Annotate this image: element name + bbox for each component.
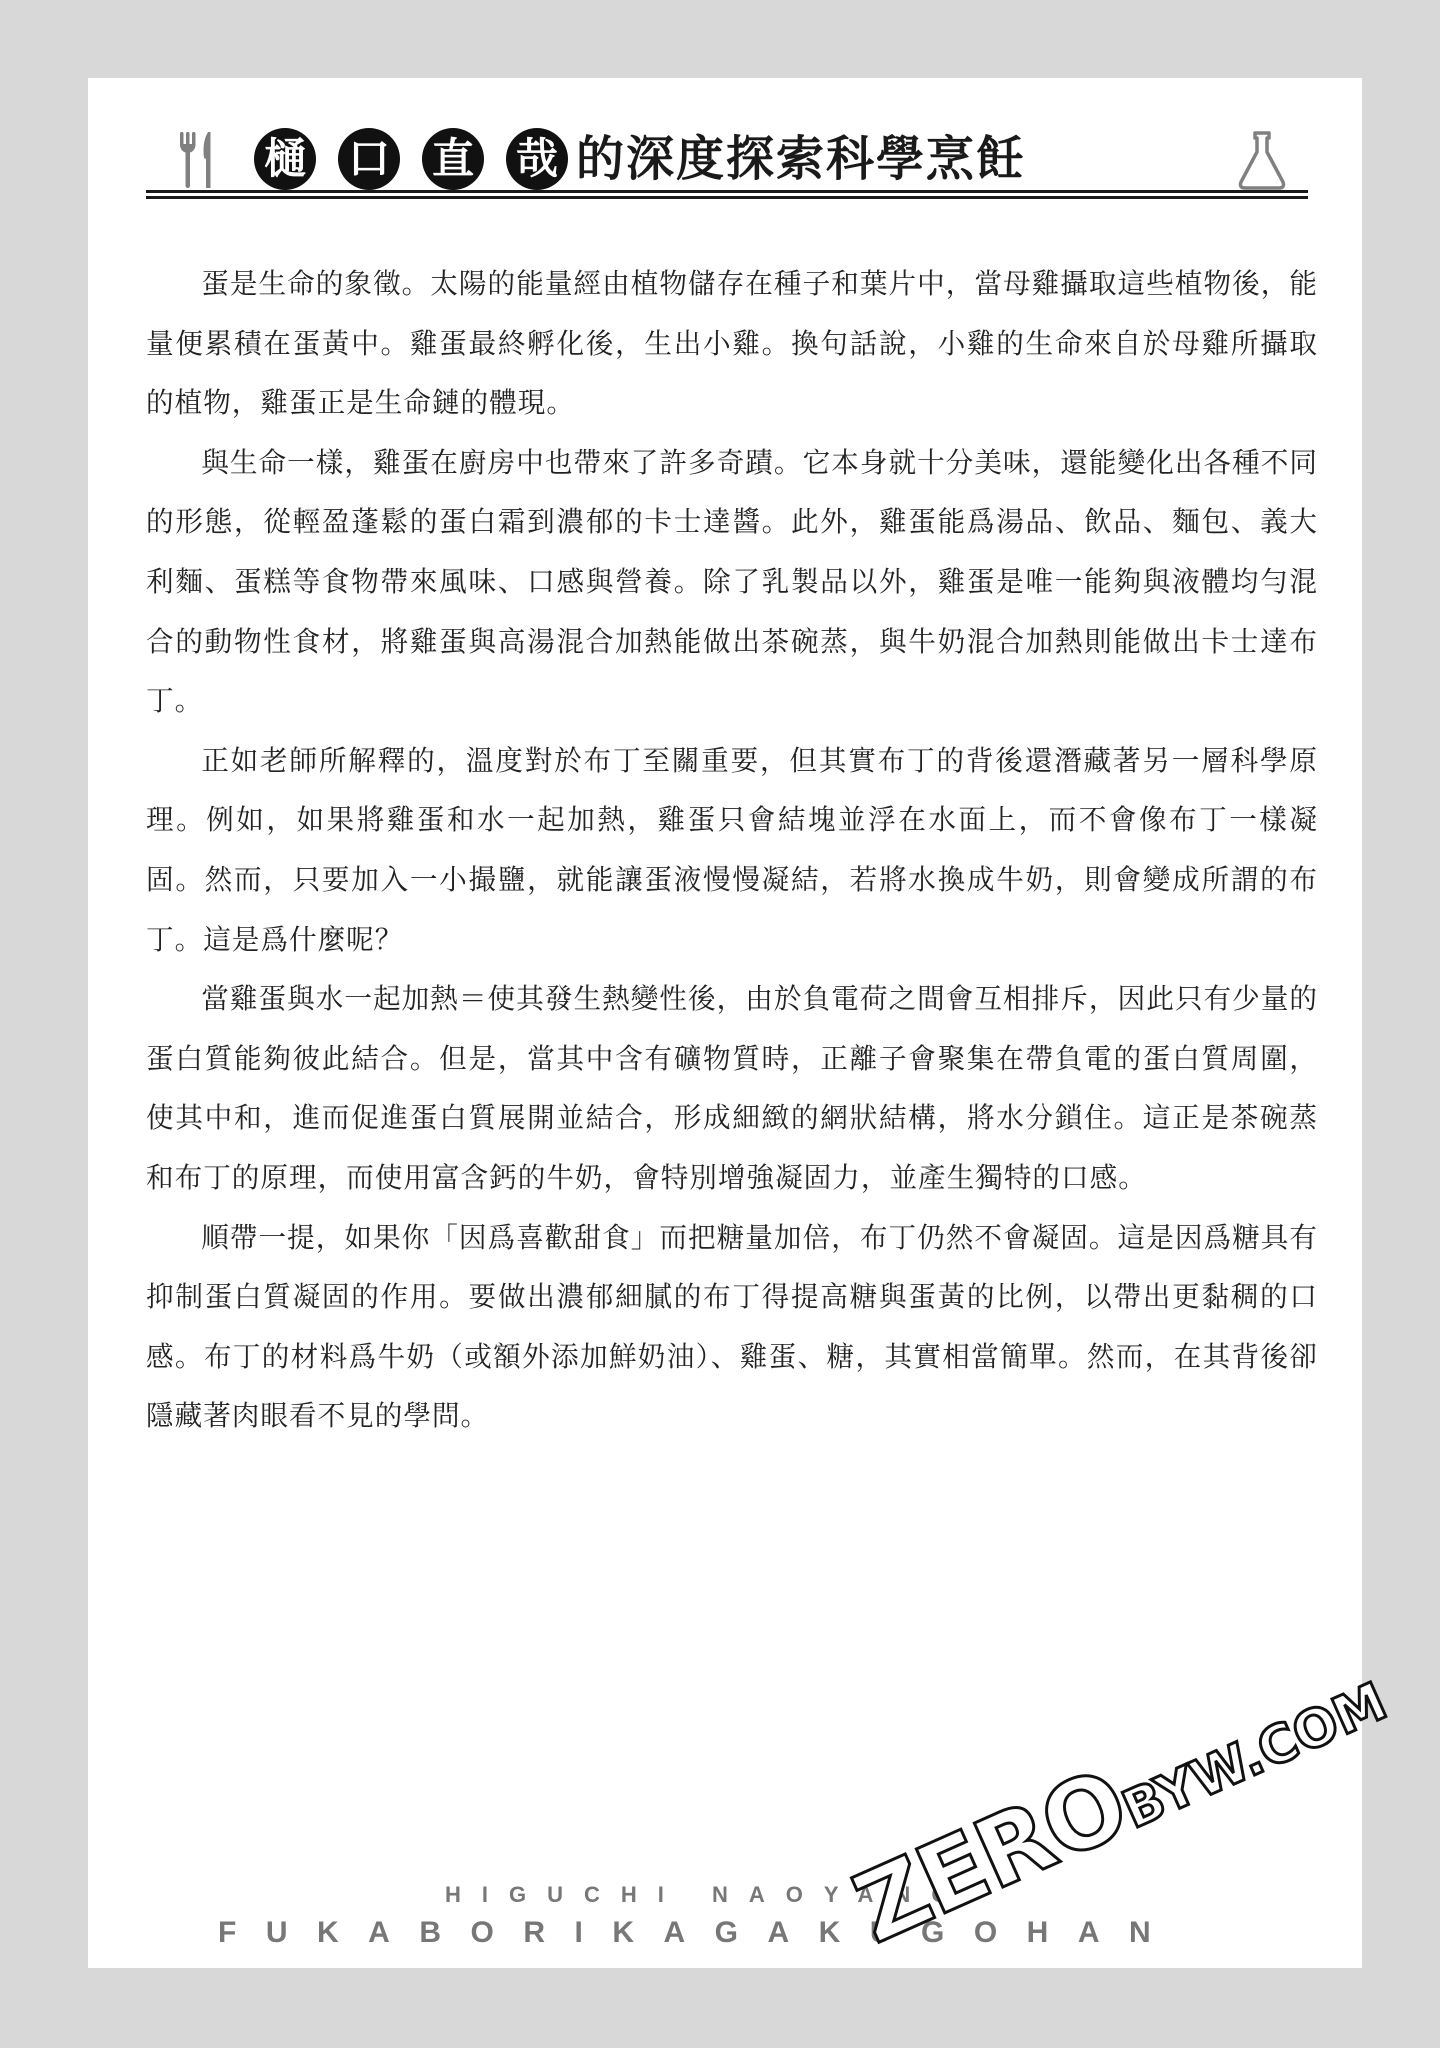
flask-icon: [1236, 130, 1288, 192]
page-title: 的深度探索科學烹飪: [576, 126, 1026, 192]
footer-series-romaji: FUKABORIKAGAKUGOHAN: [218, 1916, 1180, 1950]
paragraph: 當雞蛋與水一起加熱＝使其發生熱變性後，由於負電荷之間會互相排斥，因此只有少量的蛋…: [146, 969, 1318, 1207]
article-body: 蛋是生命的象徵。太陽的能量經由植物儲存在種子和葉片中，當母雞攝取這些植物後，能量…: [146, 254, 1318, 1446]
paragraph: 蛋是生命的象徵。太陽的能量經由植物儲存在種子和葉片中，當母雞攝取這些植物後，能量…: [146, 254, 1318, 433]
title-circled-char: 哉: [506, 128, 568, 190]
title-circled-char: 樋: [254, 128, 316, 190]
paragraph: 正如老師所解釋的，溫度對於布丁至關重要，但其實布丁的背後還潛藏著另一層科學原理。…: [146, 731, 1318, 969]
page-header: 樋 口 直 哉 的深度探索科學烹飪: [146, 116, 1308, 200]
header-divider: [146, 196, 1308, 199]
title-circled-char: 口: [338, 128, 400, 190]
paragraph: 與生命一樣，雞蛋在廚房中也帶來了許多奇蹟。它本身就十分美味，還能變化出各種不同的…: [146, 433, 1318, 731]
header-divider: [146, 190, 1308, 193]
paragraph: 順帶一提，如果你「因爲喜歡甜食」而把糖量加倍，布丁仍然不會凝固。這是因爲糖具有抑…: [146, 1208, 1318, 1446]
fork-knife-icon: [178, 132, 218, 188]
book-page: 樋 口 直 哉 的深度探索科學烹飪 蛋是生命的象徵。太陽的能量經由植物儲存在種子…: [88, 78, 1362, 1968]
title-circled-char: 直: [422, 128, 484, 190]
